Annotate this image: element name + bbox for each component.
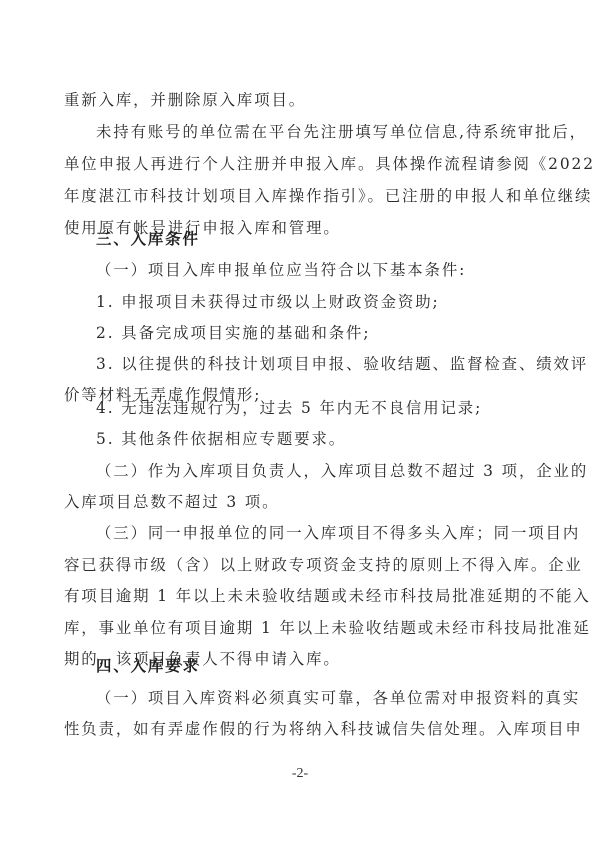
list-item: 1. 申报项目未获得过市级以上财政资金资助;	[96, 291, 538, 313]
paragraph-line: （二）作为入库项目负责人，入库项目总数不超过 3 项，企业的	[96, 460, 538, 482]
page-number: -2-	[0, 766, 600, 782]
document-page: 重新入库，并删除原入库项目。 未持有账号的单位需在平台先注册填写单位信息,待系统…	[0, 0, 600, 848]
section-heading: 四、入库要求	[96, 655, 538, 677]
paragraph-line: （一）项目入库申报单位应当符合以下基本条件:	[96, 259, 538, 281]
paragraph-line: 有项目逾期 1 年以上未未验收结题或未经市科技局批准延期的不能入	[64, 585, 538, 607]
list-item: 2. 具备完成项目实施的基础和条件;	[96, 322, 538, 344]
paragraph-line: （三）同一申报单位的同一入库项目不得多头入库；同一项目内	[96, 522, 538, 544]
paragraph-line: 容已获得市级（含）以上财政专项资金支持的原则上不得入库。企业	[64, 554, 538, 576]
paragraph-line: （一）项目入库资料必须真实可靠，各单位需对申报资料的真实	[96, 687, 538, 709]
paragraph-line: 入库项目总数不超过 3 项。	[64, 491, 538, 513]
section-heading: 三、入库条件	[96, 228, 538, 250]
paragraph-line: 库，事业单位有项目逾期 1 年以上未验收结题或未经市科技局批准延	[64, 617, 538, 639]
paragraph-line: 重新入库，并删除原入库项目。	[64, 89, 538, 111]
list-item: 4. 无违法违规行为，过去 5 年内无不良信用记录;	[96, 397, 538, 419]
paragraph-line: 性负责，如有弄虚作假的行为将纳入科技诚信失信处理。入库项目申	[64, 718, 538, 740]
paragraph-line: 单位申报人再进行个人注册并申报入库。具体操作流程请参阅《2022	[64, 153, 538, 175]
list-item: 5. 其他条件依据相应专题要求。	[96, 428, 538, 450]
paragraph-line: 未持有账号的单位需在平台先注册填写单位信息,待系统审批后，	[96, 121, 538, 143]
list-item: 3. 以往提供的科技计划项目申报、验收结题、监督检查、绩效评	[96, 353, 538, 375]
paragraph-line: 年度湛江市科技计划项目入库操作指引》。已注册的申报人和单位继续	[64, 185, 538, 207]
